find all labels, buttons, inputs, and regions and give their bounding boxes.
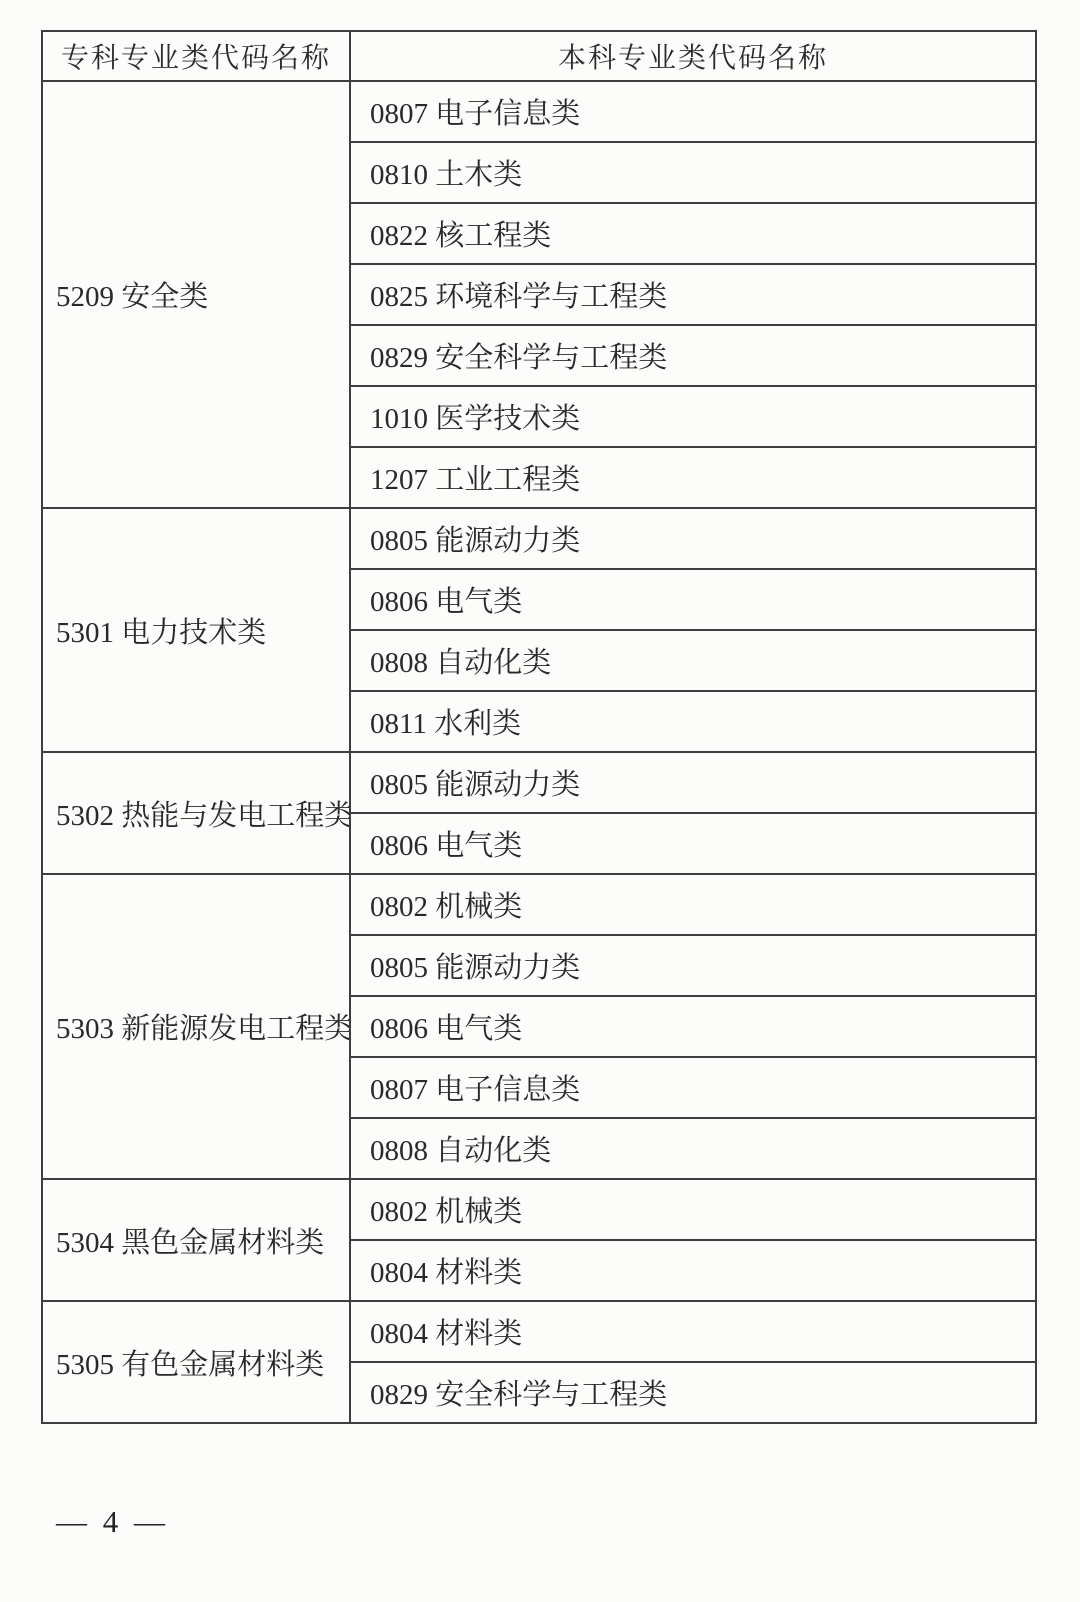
scanned-document-page: 专科专业类代码名称 本科专业类代码名称 5209 安全类0807 电子信息类08… (0, 0, 1080, 1602)
bachelor-major-cell: 0806 电气类 (350, 996, 1036, 1057)
bachelor-major-cell: 1010 医学技术类 (350, 386, 1036, 447)
bachelor-major-cell: 0806 电气类 (350, 813, 1036, 874)
college-major-cell: 5209 安全类 (42, 81, 350, 508)
major-mapping-table: 专科专业类代码名称 本科专业类代码名称 5209 安全类0807 电子信息类08… (41, 30, 1037, 1424)
college-major-cell: 5304 黑色金属材料类 (42, 1179, 350, 1301)
bachelor-major-cell: 0802 机械类 (350, 874, 1036, 935)
bachelor-major-cell: 0822 核工程类 (350, 203, 1036, 264)
table-row: 5305 有色金属材料类0804 材料类 (42, 1301, 1036, 1362)
bachelor-major-cell: 0804 材料类 (350, 1240, 1036, 1301)
table-row: 5209 安全类0807 电子信息类 (42, 81, 1036, 142)
bachelor-major-cell: 0807 电子信息类 (350, 81, 1036, 142)
college-major-cell: 5303 新能源发电工程类 (42, 874, 350, 1179)
college-major-cell: 5302 热能与发电工程类 (42, 752, 350, 874)
bachelor-major-cell: 1207 工业工程类 (350, 447, 1036, 508)
table-row: 5303 新能源发电工程类0802 机械类 (42, 874, 1036, 935)
table-row: 5301 电力技术类0805 能源动力类 (42, 508, 1036, 569)
bachelor-major-cell: 0805 能源动力类 (350, 752, 1036, 813)
bachelor-major-cell: 0804 材料类 (350, 1301, 1036, 1362)
table-header-row: 专科专业类代码名称 本科专业类代码名称 (42, 31, 1036, 81)
bachelor-major-cell: 0829 安全科学与工程类 (350, 325, 1036, 386)
table-row: 5302 热能与发电工程类0805 能源动力类 (42, 752, 1036, 813)
bachelor-major-cell: 0811 水利类 (350, 691, 1036, 752)
bachelor-major-cell: 0808 自动化类 (350, 630, 1036, 691)
bachelor-major-cell: 0806 电气类 (350, 569, 1036, 630)
bachelor-major-column-header: 本科专业类代码名称 (350, 31, 1036, 81)
bachelor-major-cell: 0805 能源动力类 (350, 935, 1036, 996)
bachelor-major-cell: 0810 土木类 (350, 142, 1036, 203)
bachelor-major-cell: 0808 自动化类 (350, 1118, 1036, 1179)
table-row: 5304 黑色金属材料类0802 机械类 (42, 1179, 1036, 1240)
page-number: — 4 — (56, 1504, 169, 1540)
bachelor-major-cell: 0829 安全科学与工程类 (350, 1362, 1036, 1423)
bachelor-major-cell: 0802 机械类 (350, 1179, 1036, 1240)
bachelor-major-cell: 0825 环境科学与工程类 (350, 264, 1036, 325)
college-major-cell: 5301 电力技术类 (42, 508, 350, 752)
college-major-cell: 5305 有色金属材料类 (42, 1301, 350, 1423)
bachelor-major-cell: 0807 电子信息类 (350, 1057, 1036, 1118)
bachelor-major-cell: 0805 能源动力类 (350, 508, 1036, 569)
college-major-column-header: 专科专业类代码名称 (42, 31, 350, 81)
